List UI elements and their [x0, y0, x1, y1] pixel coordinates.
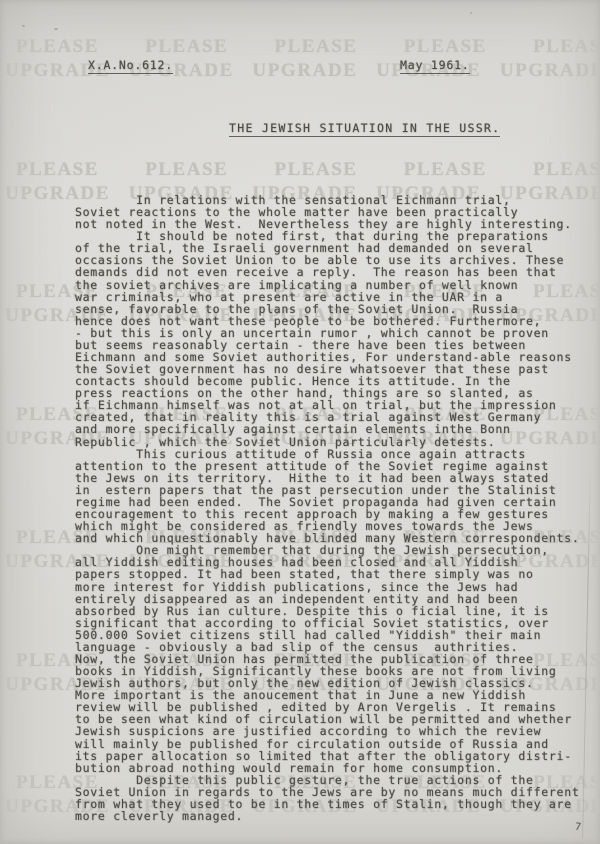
dust-speck — [470, 12, 472, 14]
document-line: significant that according to official S… — [75, 617, 595, 629]
watermark-word: UPGRADE — [252, 60, 357, 82]
page-title: THE JEWISH SITUATION IN THE USSR. — [229, 121, 500, 135]
document-body: In relations with the sensational Eichma… — [75, 194, 595, 822]
watermark-word: PLEASE — [145, 36, 228, 58]
document-line: demands did not even receive a reply. Th… — [75, 266, 595, 278]
watermark-word: PLEASE — [404, 36, 487, 58]
document-line: papers stopped. It had been stated, that… — [75, 568, 595, 580]
document-line: war criminals, who at present are active… — [75, 291, 595, 303]
date-text: May 1961. — [400, 58, 470, 74]
document-line: absorbed by Rus ian culture. Despite thi… — [75, 605, 595, 617]
scanned-document-page: PLEASEPLEASEPLEASEPLEASEPLEASEUPGRADEUPG… — [0, 0, 600, 844]
watermark-word: PLEASE — [16, 159, 99, 181]
document-line: more interest for Yiddish publications, … — [75, 581, 595, 593]
document-line: Republic , which the Soviet Union partic… — [75, 436, 595, 448]
watermark-word: PLEASE — [145, 159, 228, 181]
document-reference-number: X.A.No.612. — [88, 58, 173, 72]
watermark-word: PLEASE — [404, 159, 487, 181]
document-line: This curious attitude of Russia once aga… — [75, 448, 595, 460]
document-line: Jewish suspicions are justified accordin… — [75, 725, 595, 737]
document-line: attention to the present attitude of the… — [75, 460, 595, 472]
watermark-word: PLEASE — [275, 159, 358, 181]
watermark-word: UPGRADE — [500, 60, 600, 82]
watermark-row: PLEASEPLEASEPLEASEPLEASEPLEASE — [0, 36, 600, 58]
document-line: more cleverly managed. — [75, 810, 595, 822]
document-line: sense, favorable to the plans of the Sov… — [75, 303, 595, 315]
watermark-row: PLEASEPLEASEPLEASEPLEASEPLEASE — [0, 159, 600, 181]
document-line: bution abroad nothing would remain for h… — [75, 762, 595, 774]
document-line: will mainly be published for circulation… — [75, 738, 595, 750]
dust-speck — [54, 28, 58, 31]
reference-number-text: X.A.No.612. — [88, 58, 173, 74]
document-line: its paper allocation so limited that aft… — [75, 750, 595, 762]
document-line: and more specifically against certain el… — [75, 423, 595, 435]
document-line: entirely disappeared as an independent e… — [75, 593, 595, 605]
document-date: May 1961. — [400, 58, 470, 72]
watermark-word: PLEASE — [16, 36, 99, 58]
page-number-mark: 7 — [574, 822, 582, 834]
watermark-word: PLEASE — [275, 36, 358, 58]
page-title-text: THE JEWISH SITUATION IN THE USSR. — [229, 121, 500, 137]
document-line: the soviet archives are implicating a nu… — [75, 279, 595, 291]
watermark-word: PLEASE — [533, 36, 600, 58]
watermark-word: PLEASE — [533, 159, 600, 181]
dust-speck — [22, 24, 26, 27]
